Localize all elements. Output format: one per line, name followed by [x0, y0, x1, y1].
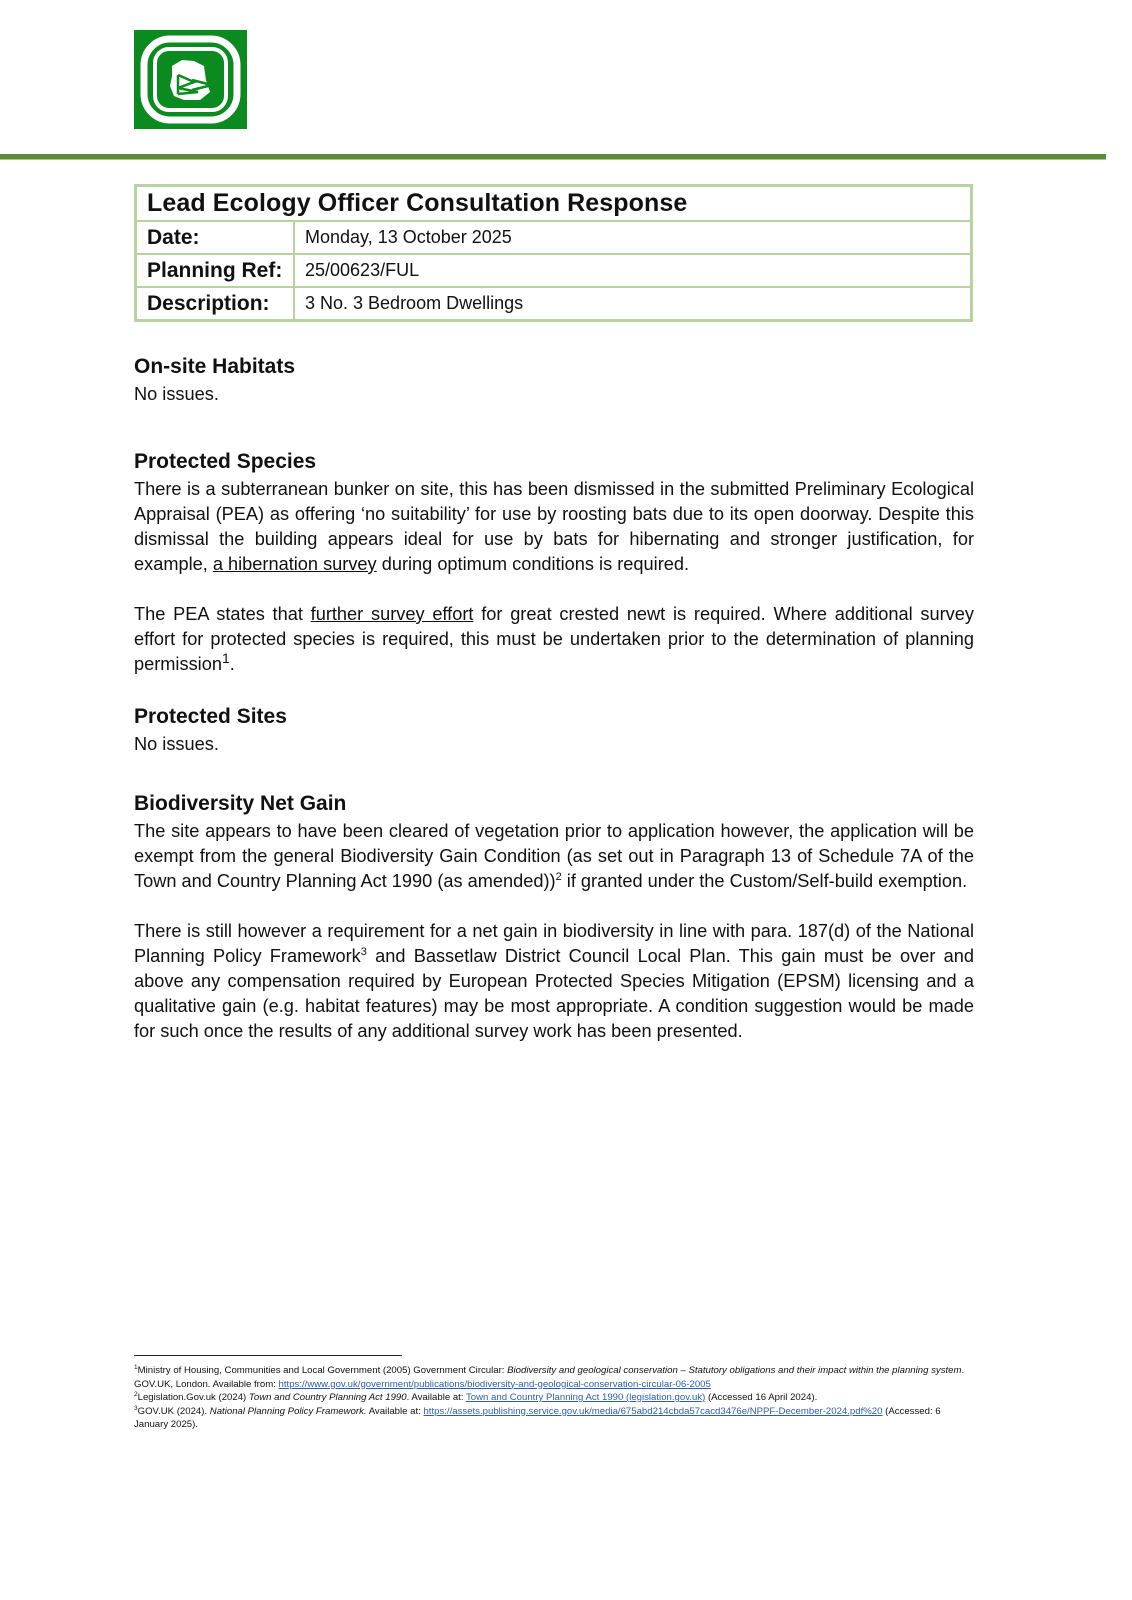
footnote-ref-1[interactable]: 1 [222, 650, 230, 666]
paragraph: There is a subterranean bunker on site, … [134, 477, 974, 577]
council-emblem-icon [134, 30, 247, 129]
planning-ref-value: 25/00623/FUL [294, 254, 972, 287]
footnote-1-link[interactable]: https://www.gov.uk/government/publicatio… [279, 1379, 711, 1390]
footnote-divider [134, 1355, 402, 1356]
paragraph: The PEA states that further survey effor… [134, 602, 974, 677]
footnote-3-link[interactable]: https://assets.publishing.service.gov.uk… [423, 1406, 882, 1417]
description-value: 3 No. 3 Bedroom Dwellings [294, 287, 972, 321]
section-heading: Protected Species [134, 447, 974, 477]
section-heading: Protected Sites [134, 702, 974, 732]
footnote-3: 3GOV.UK (2024). National Planning Policy… [134, 1405, 974, 1432]
header-divider [0, 154, 1106, 159]
footnotes: 1Ministry of Housing, Communities and Lo… [134, 1364, 974, 1432]
table-row: Date: Monday, 13 October 2025 [136, 221, 972, 254]
hibernation-survey-link[interactable]: a hibernation survey [213, 554, 377, 574]
paragraph: There is still however a requirement for… [134, 919, 974, 1044]
section-text: No issues. [134, 382, 974, 407]
section-biodiversity-net-gain: Biodiversity Net Gain The site appears t… [134, 789, 974, 1044]
date-label: Date: [136, 221, 295, 254]
section-heading: Biodiversity Net Gain [134, 789, 974, 819]
document-body: On-site Habitats No issues. Protected Sp… [134, 352, 974, 1069]
section-protected-species: Protected Species There is a subterranea… [134, 447, 974, 677]
consultation-info-table: Lead Ecology Officer Consultation Respon… [134, 184, 973, 322]
footnote-1: 1Ministry of Housing, Communities and Lo… [134, 1364, 974, 1391]
section-heading: On-site Habitats [134, 352, 974, 382]
council-logo [134, 30, 247, 129]
further-survey-effort-link[interactable]: further survey effort [311, 604, 474, 624]
section-text: No issues. [134, 732, 974, 757]
planning-ref-label: Planning Ref: [136, 254, 295, 287]
table-row: Description: 3 No. 3 Bedroom Dwellings [136, 287, 972, 321]
document-title: Lead Ecology Officer Consultation Respon… [136, 186, 972, 222]
paragraph: The site appears to have been cleared of… [134, 819, 974, 894]
footnote-2-link[interactable]: Town and Country Planning Act 1990 (legi… [466, 1392, 705, 1403]
footnote-2: 2Legislation.Gov.uk (2024) Town and Coun… [134, 1391, 974, 1405]
date-value: Monday, 13 October 2025 [294, 221, 972, 254]
section-protected-sites: Protected Sites No issues. [134, 702, 974, 757]
section-onsite-habitats: On-site Habitats No issues. [134, 352, 974, 407]
table-row: Planning Ref: 25/00623/FUL [136, 254, 972, 287]
description-label: Description: [136, 287, 295, 321]
